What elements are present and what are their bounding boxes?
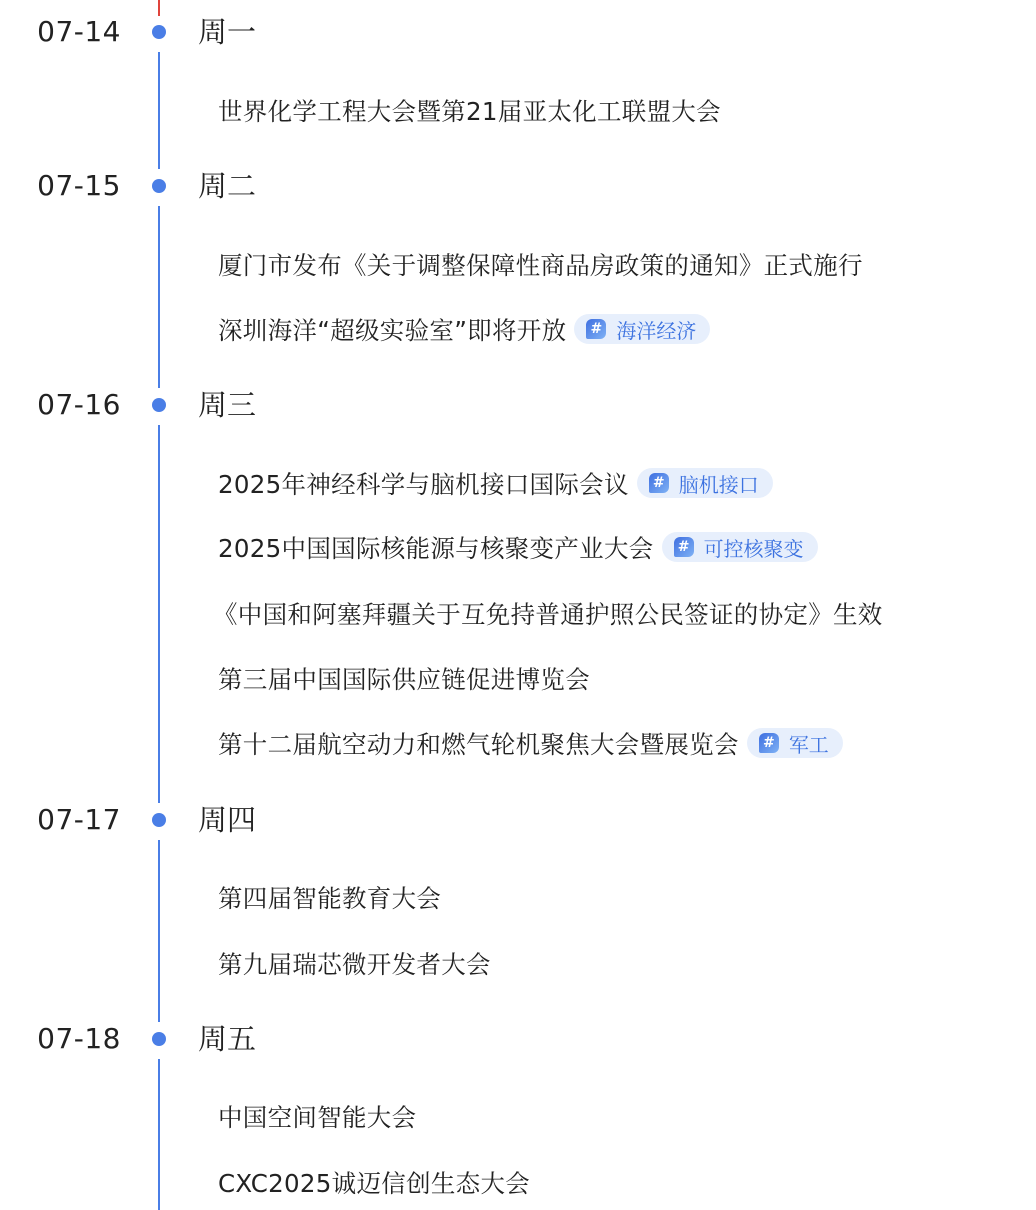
event-title[interactable]: 《中国和阿塞拜疆关于互免持普通护照公民签证的协定》生效 — [213, 596, 883, 631]
event-title[interactable]: 第三届中国国际供应链促进博览会 — [218, 661, 590, 696]
event-title[interactable]: 中国空间智能大会 — [218, 1099, 416, 1134]
day-weekday: 周四 — [198, 803, 256, 837]
timeline-line — [158, 206, 160, 388]
topic-tag[interactable]: # 海洋经济 — [574, 314, 710, 344]
day-weekday: 周五 — [198, 1022, 256, 1056]
timeline-dot-icon — [152, 813, 166, 827]
event-title[interactable]: 第四届智能教育大会 — [218, 880, 441, 915]
timeline-line — [158, 425, 160, 803]
event-title[interactable]: 2025年神经科学与脑机接口国际会议 — [218, 466, 629, 501]
event-item[interactable]: 2025年神经科学与脑机接口国际会议 # 脑机接口 — [218, 463, 773, 503]
event-title[interactable]: 第九届瑞芯微开发者大会 — [218, 946, 491, 981]
tag-label: 脑机接口 — [679, 469, 759, 498]
event-title[interactable]: 第十二届航空动力和燃气轮机聚焦大会暨展览会 — [218, 726, 739, 761]
tag-label: 军工 — [789, 729, 829, 758]
event-title[interactable]: 世界化学工程大会暨第21届亚太化工联盟大会 — [218, 93, 721, 128]
day-date: 07-15 — [0, 169, 121, 203]
event-item[interactable]: 《中国和阿塞拜疆关于互免持普通护照公民签证的协定》生效 — [213, 593, 883, 633]
timeline-dot-icon — [152, 25, 166, 39]
timeline-line — [158, 1059, 160, 1210]
tag-label: 海洋经济 — [616, 315, 696, 344]
event-title[interactable]: 深圳海洋“超级实验室”即将开放 — [218, 312, 566, 347]
event-item[interactable]: CXC2025诚迈信创生态大会 — [218, 1162, 530, 1202]
day-weekday: 周一 — [198, 15, 256, 49]
event-item[interactable]: 深圳海洋“超级实验室”即将开放 # 海洋经济 — [218, 309, 710, 349]
timeline-dot-icon — [152, 179, 166, 193]
event-item[interactable]: 中国空间智能大会 — [218, 1096, 416, 1136]
hashtag-icon: # — [649, 473, 669, 493]
day-date: 07-17 — [0, 803, 121, 837]
event-item[interactable]: 第三届中国国际供应链促进博览会 — [218, 658, 590, 698]
topic-tag[interactable]: # 军工 — [747, 728, 843, 758]
timeline-line — [158, 52, 160, 169]
event-title[interactable]: CXC2025诚迈信创生态大会 — [218, 1165, 530, 1200]
timeline-dot-icon — [152, 1032, 166, 1046]
event-item[interactable]: 第九届瑞芯微开发者大会 — [218, 943, 491, 983]
event-item[interactable]: 世界化学工程大会暨第21届亚太化工联盟大会 — [218, 90, 721, 130]
event-item[interactable]: 厦门市发布《关于调整保障性商品房政策的通知》正式施行 — [218, 244, 863, 284]
hashtag-icon: # — [759, 733, 779, 753]
day-date: 07-18 — [0, 1022, 121, 1056]
event-item[interactable]: 第四届智能教育大会 — [218, 877, 441, 917]
hashtag-icon: # — [674, 537, 694, 557]
event-title[interactable]: 2025中国国际核能源与核聚变产业大会 — [218, 530, 654, 565]
tag-label: 可控核聚变 — [704, 533, 804, 562]
event-item[interactable]: 2025中国国际核能源与核聚变产业大会 # 可控核聚变 — [218, 527, 818, 567]
day-date: 07-14 — [0, 15, 121, 49]
day-date: 07-16 — [0, 388, 121, 422]
timeline-line — [158, 840, 160, 1022]
day-weekday: 周二 — [198, 169, 256, 203]
event-title[interactable]: 厦门市发布《关于调整保障性商品房政策的通知》正式施行 — [218, 247, 863, 282]
event-item[interactable]: 第十二届航空动力和燃气轮机聚焦大会暨展览会 # 军工 — [218, 723, 843, 763]
topic-tag[interactable]: # 可控核聚变 — [662, 532, 818, 562]
hashtag-icon: # — [586, 319, 606, 339]
day-weekday: 周三 — [198, 388, 256, 422]
timeline-dot-icon — [152, 398, 166, 412]
timeline-line — [158, 0, 160, 16]
topic-tag[interactable]: # 脑机接口 — [637, 468, 773, 498]
